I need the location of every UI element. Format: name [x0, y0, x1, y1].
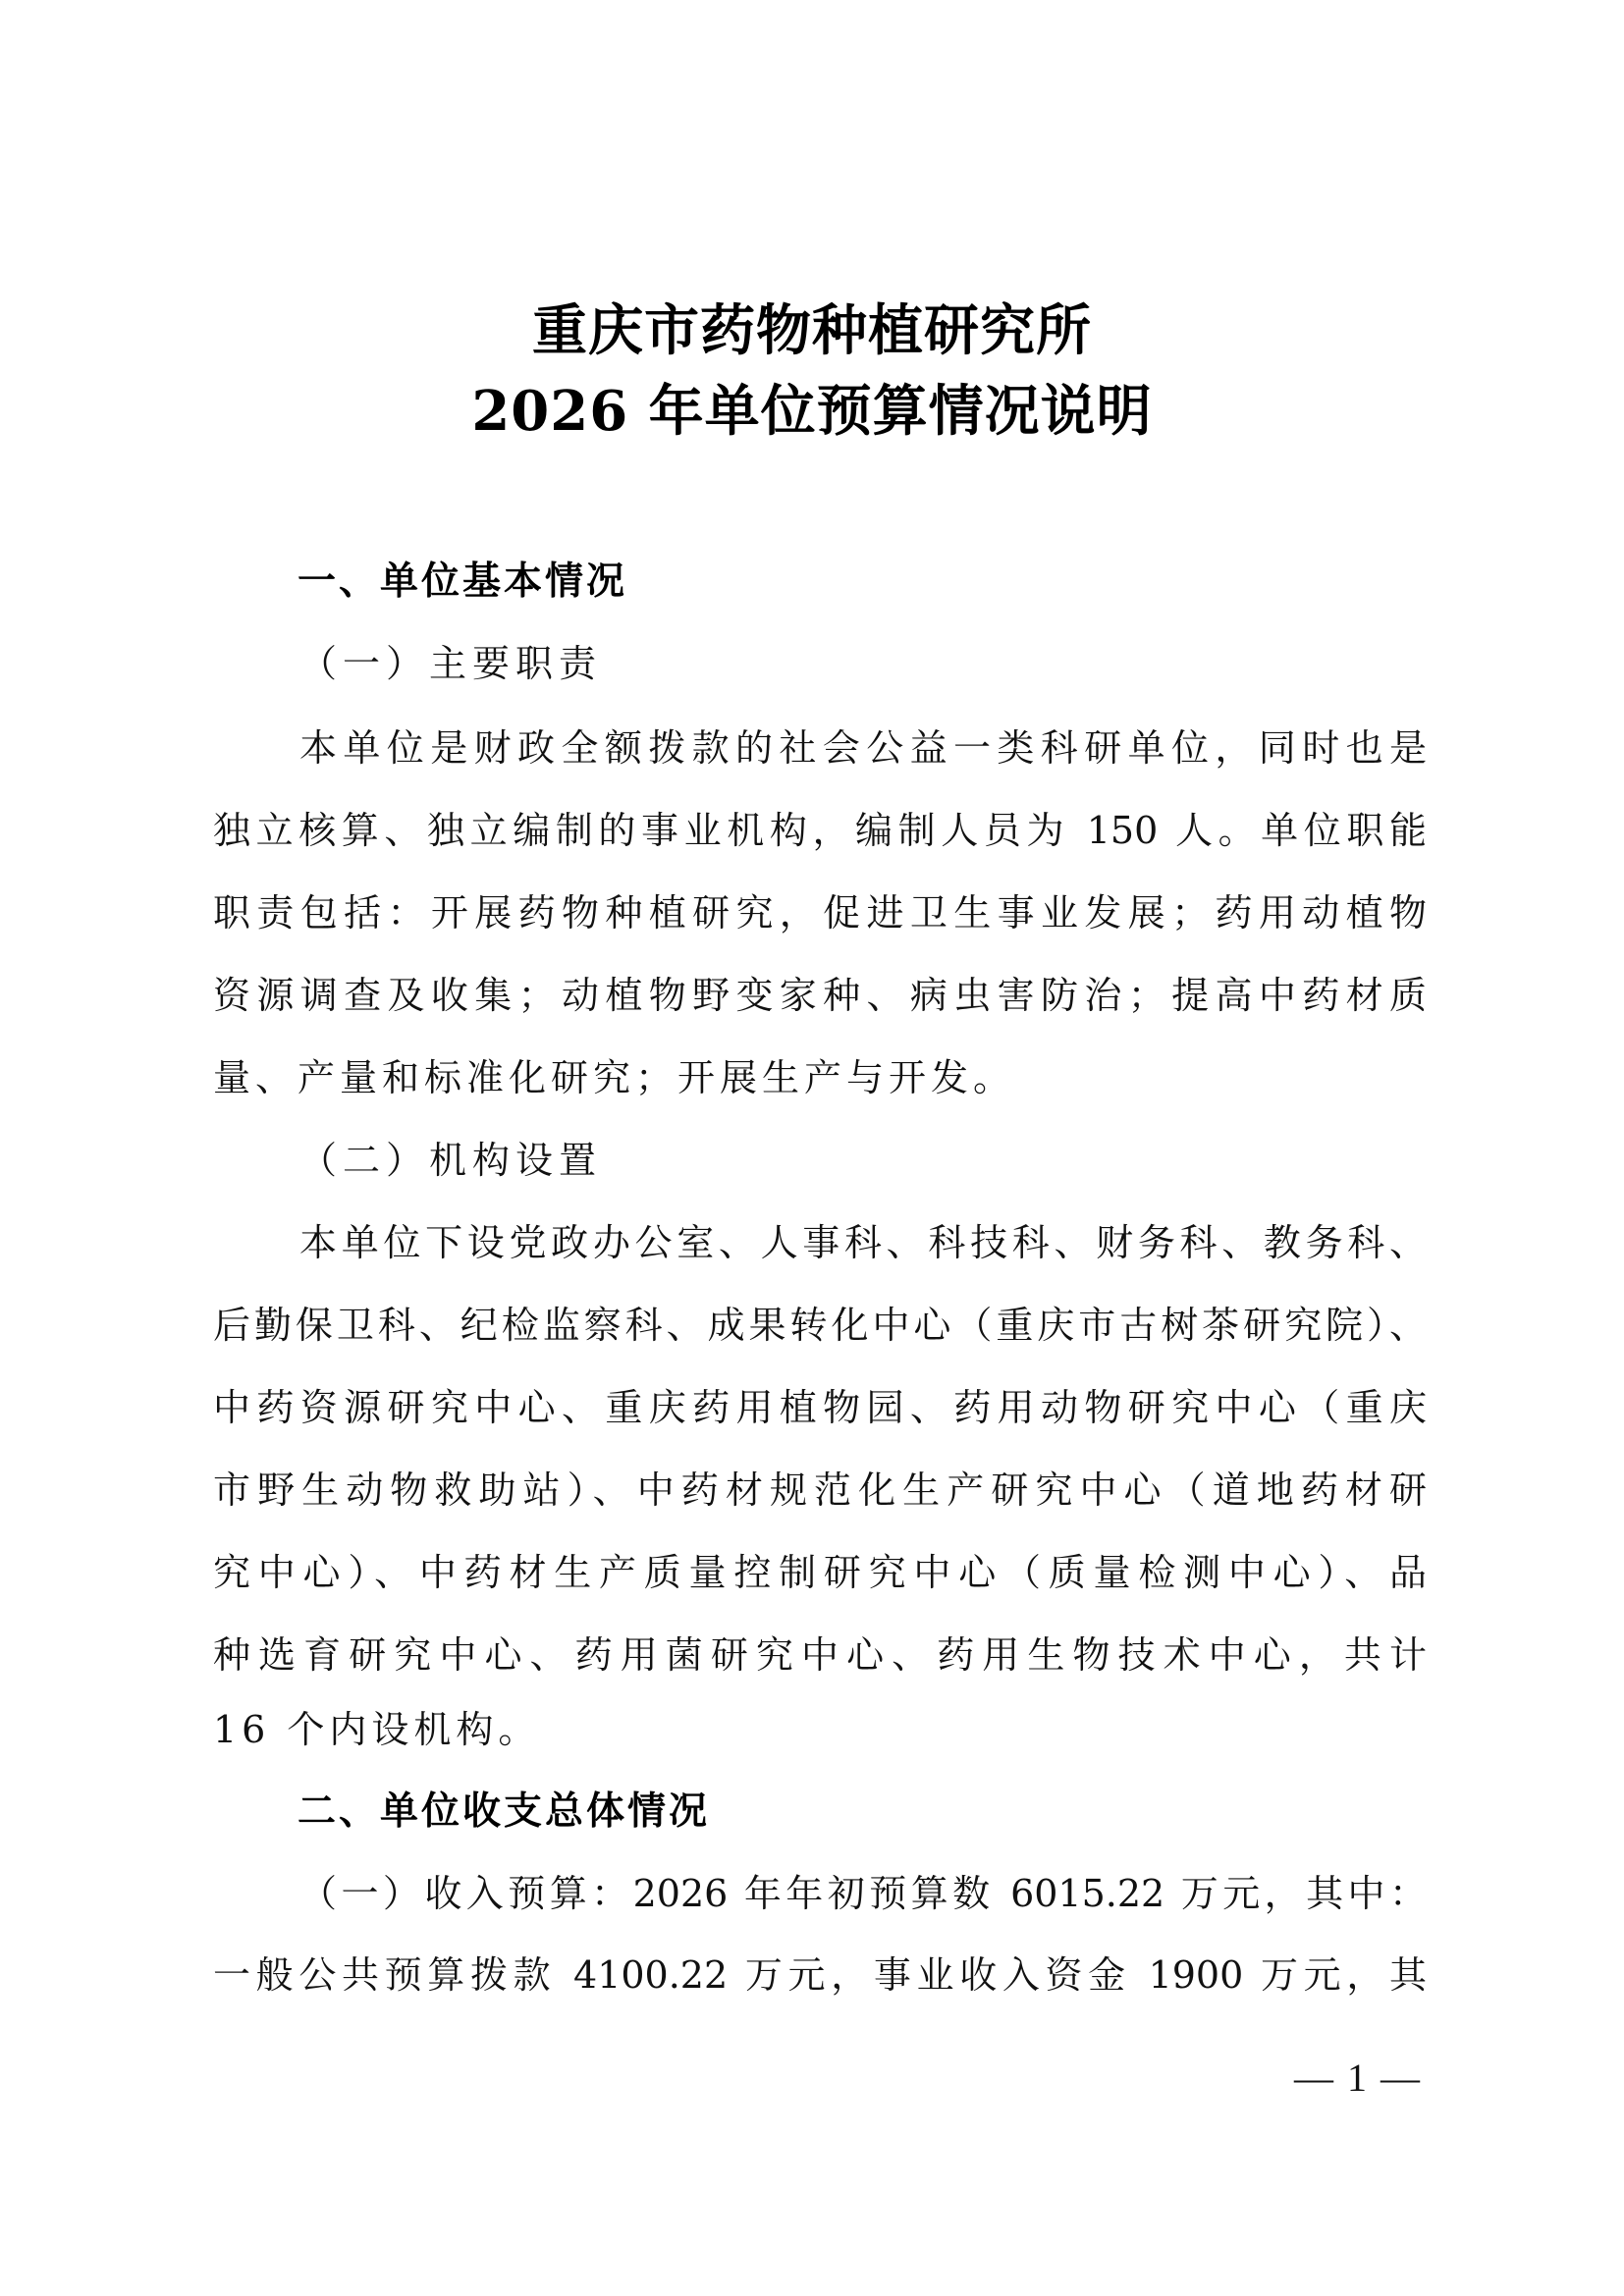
paragraph-line: 独立核算、独立编制的事业机构，编制人员为 150 人。单位职能 — [213, 806, 1427, 888]
paragraph-line: 职责包括：开展药物种植研究，促进卫生事业发展；药用动植物 — [213, 888, 1427, 971]
paragraph-line: 16 个内设机构。 — [213, 1705, 1427, 1788]
paragraph-line: 资源调查及收集；动植物野变家种、病虫害防治；提高中药材质 — [213, 971, 1427, 1053]
title-line-2: 2026 年单位预算情况说明 — [0, 371, 1624, 452]
paragraph-line: 究中心）、中药材生产质量控制研究中心（质量检测中心）、品 — [213, 1548, 1427, 1630]
document-title: 重庆市药物种植研究所 2026 年单位预算情况说明 — [0, 291, 1624, 452]
paragraph-line: 本单位是财政全额拨款的社会公益一类科研单位，同时也是 — [299, 723, 1427, 806]
paragraph-line: 后勤保卫科、纪检监察科、成果转化中心（重庆市古树茶研究院）、 — [213, 1301, 1427, 1383]
subsection-heading-organization: （二）机构设置 — [299, 1136, 602, 1185]
title-line-1: 重庆市药物种植研究所 — [0, 291, 1624, 371]
paragraph-line: 量、产量和标准化研究；开展生产与开发。 — [213, 1053, 1427, 1136]
page-number: — 1 — — [1294, 2054, 1422, 2103]
paragraph-line: 市野生动物救助站）、中药材规范化生产研究中心（道地药材研 — [213, 1466, 1427, 1548]
document-page: 重庆市药物种植研究所 2026 年单位预算情况说明 一、单位基本情况 （一）主要… — [0, 0, 1624, 2296]
paragraph-line: 本单位下设党政办公室、人事科、科技科、财务科、教务科、 — [299, 1218, 1427, 1301]
paragraph-line: （一）收入预算：2026 年年初预算数 6015.22 万元，其中： — [299, 1869, 1427, 1951]
section-heading-income-expense: 二、单位收支总体情况 — [298, 1788, 710, 1837]
paragraph-line: 种选育研究中心、药用菌研究中心、药用生物技术中心，共计 — [213, 1630, 1427, 1713]
section-heading-basic-info: 一、单位基本情况 — [298, 558, 627, 607]
subsection-heading-main-duties: （一）主要职责 — [299, 639, 602, 688]
paragraph-line: 中药资源研究中心、重庆药用植物园、药用动物研究中心（重庆 — [213, 1383, 1427, 1466]
paragraph-line: 一般公共预算拨款 4100.22 万元，事业收入资金 1900 万元，其 — [213, 1950, 1427, 2033]
